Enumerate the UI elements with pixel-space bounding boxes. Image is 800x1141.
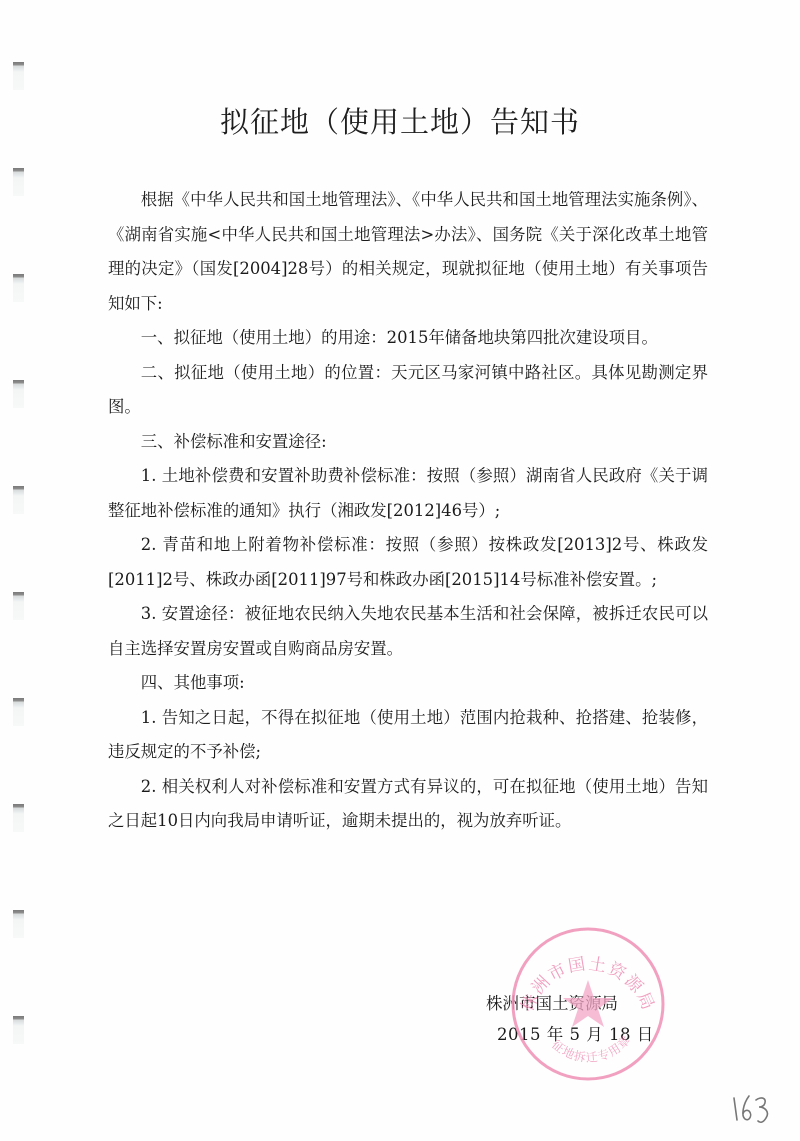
binding-hole-mark xyxy=(13,1016,24,1044)
official-seal: 株洲市国土资源局 征地拆迁专用章 xyxy=(509,925,667,1083)
seal-bottom-text: 征地拆迁专用章 xyxy=(549,1032,634,1065)
document-body: 根据《中华人民共和国土地管理法》、《中华人民共和国土地管理法实施条例》、《湖南省… xyxy=(108,183,708,839)
binding-hole-mark xyxy=(13,486,24,514)
section-1-purpose: 一、拟征地（使用土地）的用途：2015年储备地块第四批次建设项目。 xyxy=(108,321,708,356)
binding-hole-mark xyxy=(13,698,24,726)
document-page: 拟征地（使用土地）告知书 根据《中华人民共和国土地管理法》、《中华人民共和国土地… xyxy=(0,0,800,1141)
section-3-heading: 三、补偿标准和安置途径: xyxy=(108,425,708,460)
section-4-item-1: 1. 告知之日起，不得在拟征地（使用土地）范围内抢栽种、抢搭建、抢装修，违反规定… xyxy=(108,701,708,770)
intro-paragraph: 根据《中华人民共和国土地管理法》、《中华人民共和国土地管理法实施条例》、《湖南省… xyxy=(108,183,708,321)
section-3-item-2: 2. 青苗和地上附着物补偿标准：按照（参照）按株政发[2013]2号、株政发[2… xyxy=(108,528,708,597)
document-title: 拟征地（使用土地）告知书 xyxy=(0,100,800,141)
binding-hole-mark xyxy=(13,62,24,90)
binding-hole-mark xyxy=(13,910,24,938)
handwritten-page-number: 163 xyxy=(728,1090,776,1126)
section-4-heading: 四、其他事项: xyxy=(108,666,708,701)
section-4-item-2: 2. 相关权利人对补偿标准和安置方式有异议的，可在拟征地（使用土地）告知之日起1… xyxy=(108,770,708,839)
star-icon xyxy=(563,980,613,1027)
section-3-item-1: 1. 土地补偿费和安置补助费补偿标准：按照（参照）湖南省人民政府《关于调整征地补… xyxy=(108,459,708,528)
svg-text:征地拆迁专用章: 征地拆迁专用章 xyxy=(549,1032,634,1065)
binding-hole-mark xyxy=(13,274,24,302)
section-3-item-3: 3. 安置途径：被征地农民纳入失地农民基本生活和社会保障，被拆迁农民可以自主选择… xyxy=(108,597,708,666)
binding-hole-mark xyxy=(13,804,24,832)
binding-hole-mark xyxy=(13,592,24,620)
section-2-location: 二、拟征地（使用土地）的位置：天元区马家河镇中路社区。具体见勘测定界图。 xyxy=(108,356,708,425)
binding-hole-mark xyxy=(13,380,24,408)
binding-hole-mark xyxy=(13,168,24,196)
